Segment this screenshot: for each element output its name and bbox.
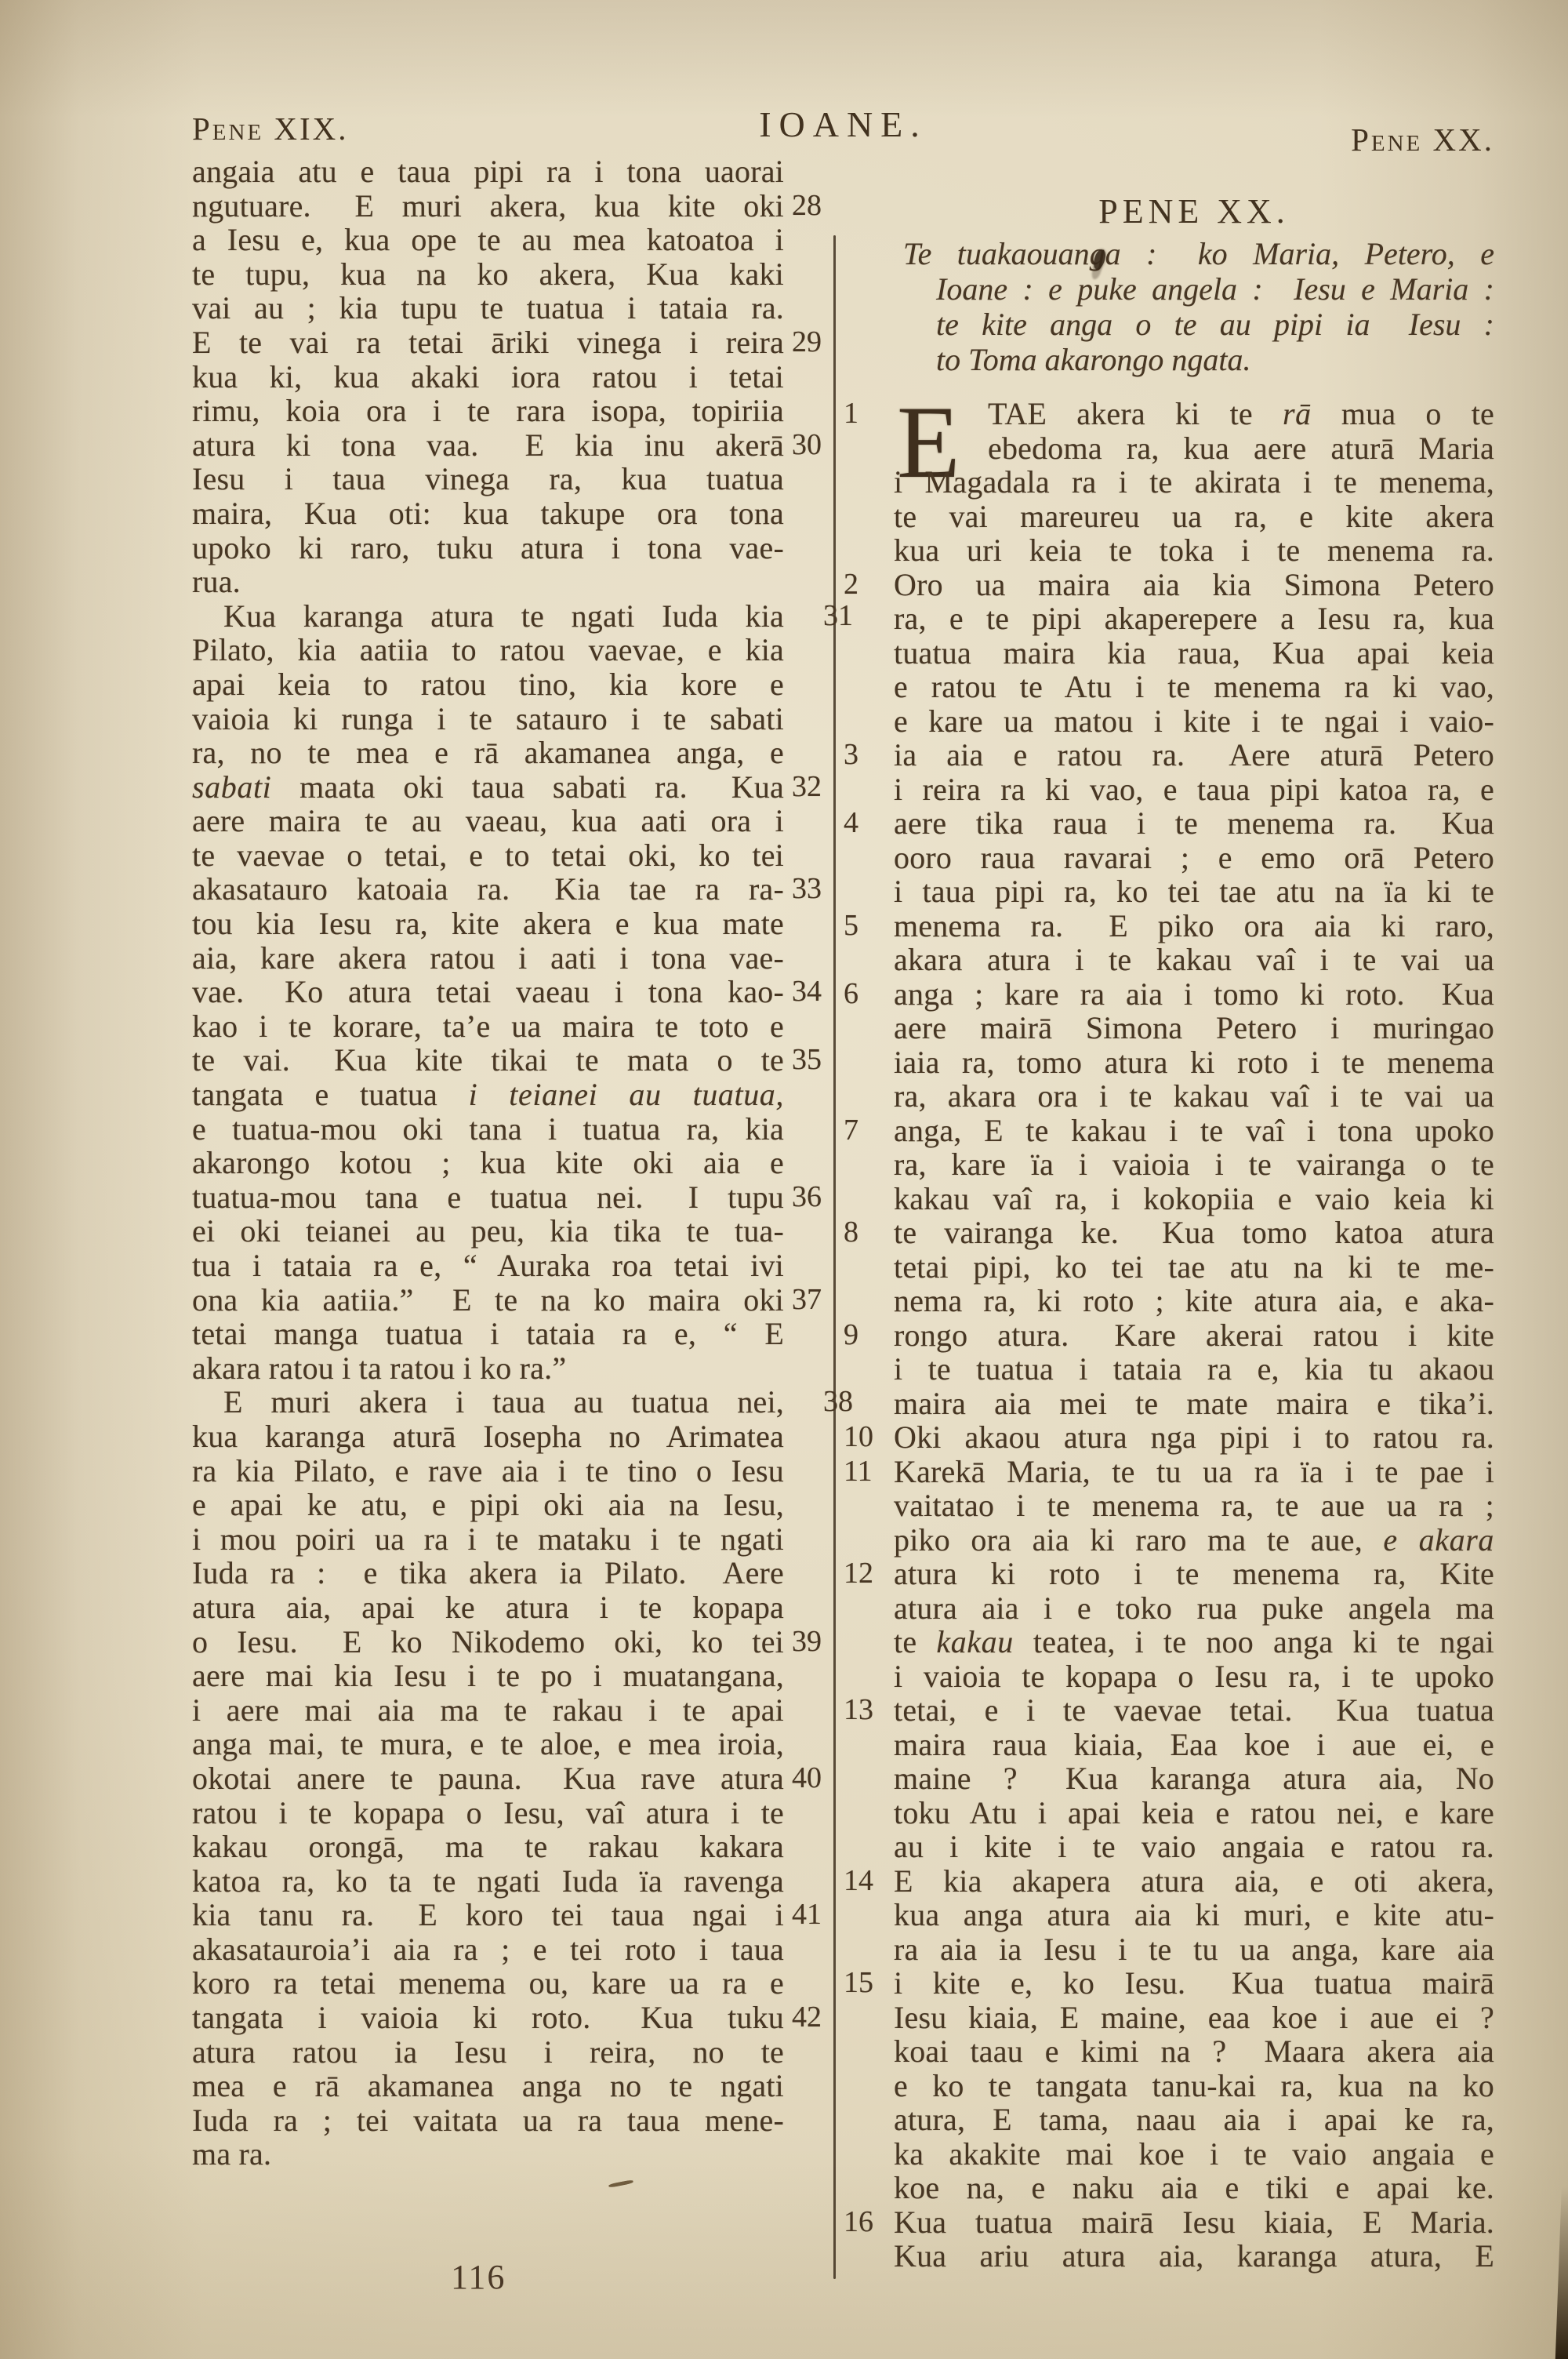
text-line: a Iesu e, kua ope te au mea katoatoa i	[192, 223, 784, 257]
text-line: okotai anere te pauna. Kua rave atura40	[192, 1761, 784, 1796]
text-line: maira raua kiaia, Eaa koe i aue ei, e	[894, 1728, 1494, 1762]
text-line: apai keia to ratou tino, kia kore e	[192, 667, 784, 702]
ink-mark	[608, 2179, 633, 2188]
text-line: E muri akera i taua au tuatua nei,38	[192, 1385, 784, 1419]
text-line: tuatua maira kia raua, Kua apai keia	[894, 636, 1494, 671]
text-line: koe na, e naku aia e tiki e apai ke.	[894, 2171, 1494, 2205]
text-line: au i kite i te vaio angaia e ratou ra.	[894, 1830, 1494, 1864]
text-line: i mou poiri ua ra i te mataku i te ngati	[192, 1522, 784, 1557]
text-line: rimu, koia ora i te rara isopa, topiriia	[192, 394, 784, 428]
text-line: ra, no te mea e rā akamanea anga, e	[192, 736, 784, 770]
verse-number: 30	[792, 428, 833, 463]
text-line: kua anga atura aia ki muri, e kite atu-	[894, 1898, 1494, 1932]
text-line: Oki akaou atura nga pipi i to ratou ra.1…	[894, 1420, 1494, 1455]
text-line: ra, kare ïa i vaioia i te vairanga o te	[894, 1147, 1494, 1182]
text-line: tetai pipi, ko tei tae atu na ki te me-	[894, 1250, 1494, 1285]
text-line: E kia akapera atura aia, e oti akera,14	[894, 1864, 1494, 1899]
page-number: 116	[451, 2257, 506, 2297]
text-line: Iesu i taua vinega ra, kua tuatua	[192, 462, 784, 496]
text-line: ra aia ia Iesu i te tu ua anga, kare aia	[894, 1932, 1494, 1967]
verse-number: 6	[844, 977, 884, 1012]
verse-number: 12	[844, 1557, 884, 1591]
text-line: aia, kare akera ratou i aati i tona vae-	[192, 941, 784, 976]
text-line: E te vai ra tetai āriki vinega i reira29	[192, 325, 784, 360]
text-line: aere tika raua i te menema ra. Kua4	[894, 806, 1494, 841]
text-line: kakau orongā, ma te rakau kakara	[192, 1830, 784, 1864]
text-line: e ratou te Atu i te menema ra ki vao,	[894, 670, 1494, 704]
text-line: maira, Kua oti: kua takupe ora tona	[192, 496, 784, 531]
text-line: i te tuatua i tataia ra e, kia tu akaou	[894, 1352, 1494, 1387]
summary-line: te kite anga o te au pipi ia Iesu :	[894, 307, 1494, 342]
text-line: ma ra.	[192, 2137, 784, 2172]
verse-number: 1	[844, 397, 884, 431]
text-line: vai au ; kia tupu te tuatua i tataia ra.	[192, 291, 784, 325]
text-line: tetai manga tuatua i tataia ra e, “ E	[192, 1317, 784, 1351]
summary-line: Ioane : e puke angela : Iesu e Maria :	[894, 271, 1494, 307]
verse-number: 13	[844, 1693, 884, 1728]
text-line: o Iesu. E ko Nikodemo oki, ko tei39	[192, 1625, 784, 1659]
text-line: atura ki roto i te menema ra, Kite12	[894, 1557, 1494, 1591]
text-line: Iesu kiaia, E maine, eaa koe i aue ei ?	[894, 2001, 1494, 2035]
text-line: atura aia, apai ke atura i te kopapa	[192, 1590, 784, 1625]
text-line: ebedoma ra, kua aere aturā Maria	[894, 431, 1494, 466]
verse-number: 5	[844, 909, 884, 943]
text-line: akara ratou i ta ratou i ko ra.”	[192, 1351, 784, 1386]
text-line: Iuda ra ; tei vaitata ua ra taua mene-	[192, 2103, 784, 2138]
verse-number: 8	[844, 1216, 884, 1250]
text-line: te vaevae o tetai, e to tetai oki, ko te…	[192, 838, 784, 873]
verse-number: 33	[792, 872, 833, 907]
verse-number: 3	[844, 738, 884, 772]
text-line: tangata i vaioia ki roto. Kua tuku42	[192, 2001, 784, 2035]
text-line: kua karanga aturā Iosepha no Arimatea	[192, 1419, 784, 1454]
verse-number: 38	[792, 1385, 833, 1419]
verse-number: 15	[844, 1966, 884, 2001]
text-line: tua i tataia ra e, “ Auraka roa tetai iv…	[192, 1249, 784, 1283]
text-line: koai taau e kimi na ? Maara akera aia	[894, 2034, 1494, 2069]
text-line: vae. Ko atura tetai vaeau i tona kao-34	[192, 975, 784, 1009]
verse-number: 9	[844, 1318, 884, 1353]
verse-number: 37	[792, 1283, 833, 1318]
text-line: upoko ki raro, tuku atura i tona vae-	[192, 531, 784, 565]
text-line: i taua pipi ra, ko tei tae atu na ïa ki …	[894, 874, 1494, 909]
verse-number: 10	[844, 1420, 884, 1455]
text-line: ra kia Pilato, e rave aia i te tino o Ie…	[192, 1454, 784, 1488]
text-line: atura ratou ia Iesu i reira, no te	[192, 2035, 784, 2070]
text-line: Kua karanga atura te ngati Iuda kia31	[192, 599, 784, 634]
text-line: atura ki tona vaa. E kia inu akerā30	[192, 428, 784, 463]
text-line: koro ra tetai menema ou, kare ua ra e	[192, 1966, 784, 2001]
text-line: maira aia mei te mate maira e tika’i.	[894, 1387, 1494, 1421]
text-line: anga mai, te mura, e te aloe, e mea iroi…	[192, 1727, 784, 1761]
text-line: sabati maata oki taua sabati ra. Kua32	[192, 770, 784, 805]
text-line: te vai mareureu ua ra, e kite akera	[894, 500, 1494, 534]
text-line: ia aia e ratou ra. Aere aturā Petero3	[894, 738, 1494, 772]
text-line: vaitatao i te menema ra, te aue ua ra ;	[894, 1488, 1494, 1523]
text-line: te tupu, kua na ko akera, Kua kaki	[192, 257, 784, 292]
chapter-heading: PENE XX.	[894, 191, 1494, 231]
text-line: tuatua-mou tana e tuatua nei. I tupu36	[192, 1180, 784, 1215]
right-text-column: E TAE akera ki te rā mua o te1ebedoma ra…	[894, 397, 1494, 2274]
text-line: aere maira te au vaeau, kua aati ora i	[192, 804, 784, 838]
text-line: tou kia Iesu ra, kite akera e kua mate	[192, 907, 784, 941]
text-line: ra, akara ora i te kakau vaî i te vai ua	[894, 1079, 1494, 1114]
text-line: Kua ariu atura aia, karanga atura, E	[894, 2239, 1494, 2274]
text-line: nema ra, ki roto ; kite atura aia, e aka…	[894, 1284, 1494, 1318]
text-line: te vairanga ke. Kua tomo katoa atura8	[894, 1216, 1494, 1250]
text-line: i vaioia te kopapa o Iesu ra, i te upoko	[894, 1659, 1494, 1694]
summary-line: to Toma akarongo ngata.	[894, 342, 1494, 377]
text-line: iaia ra, tomo atura ki roto i te menema	[894, 1045, 1494, 1080]
text-line: ngutuare. E muri akera, kua kite oki28	[192, 189, 784, 224]
text-line: ooro raua ravarai ; e emo orā Petero	[894, 841, 1494, 875]
text-line: e apai ke atu, e pipi oki aia na Iesu,	[192, 1488, 784, 1522]
left-text-column: angaia atu e taua pipi ra i tona uaorain…	[192, 154, 784, 2172]
text-line: maine ? Kua karanga atura aia, No	[894, 1761, 1494, 1796]
text-line: kia tanu ra. E koro tei taua ngai i41	[192, 1898, 784, 1932]
text-line: mea e rā akamanea anga no te ngati	[192, 2069, 784, 2103]
verse-number: 36	[792, 1180, 833, 1215]
text-line: anga, E te kakau i te vaî i tona upoko7	[894, 1114, 1494, 1148]
text-line: katoa ra, ko ta te ngati Iuda ïa ravenga	[192, 1864, 784, 1899]
text-line: anga ; kare ra aia i tomo ki roto. Kua6	[894, 977, 1494, 1012]
verse-number: 41	[792, 1898, 833, 1932]
text-line: vaioia ki runga i te satauro i te sabati	[192, 702, 784, 736]
verse-number: 16	[844, 2205, 884, 2240]
verse-number: 40	[792, 1761, 833, 1796]
text-line: kao i te korare, ta’e ua maira te toto e	[192, 1009, 784, 1044]
text-line: atura, E tama, naau aia i apai ke ra,	[894, 2103, 1494, 2137]
text-line: tangata e tuatua i teianei au tuatua,	[192, 1078, 784, 1112]
text-line: kakau vaî ra, i kokopiia e vaio keia ki	[894, 1182, 1494, 1216]
text-line: ratou i te kopapa o Iesu, vaî atura i te	[192, 1796, 784, 1830]
text-line: kua uri keia te toka i te menema ra.	[894, 533, 1494, 568]
verse-number: 34	[792, 975, 833, 1009]
text-line: ra, e te pipi akaperepere a Iesu ra, kua	[894, 602, 1494, 636]
column-divider-rule	[833, 235, 836, 2279]
verse-number: 2	[844, 568, 884, 602]
text-line: akasatauro katoaia ra. Kia tae ra ra-33	[192, 872, 784, 907]
text-line: rua.	[192, 565, 784, 599]
text-line: i reira ra ki vao, e taua pipi katoa ra,…	[894, 772, 1494, 807]
verse-number: 39	[792, 1625, 833, 1659]
verse-number: 11	[844, 1455, 884, 1489]
text-line: akasatauroia’i aia ra ; e tei roto i tau…	[192, 1932, 784, 1967]
text-line: tetai, e i te vaevae tetai. Kua tuatua13	[894, 1693, 1494, 1728]
text-line: rongo atura. Kare akerai ratou i kite9	[894, 1318, 1494, 1353]
text-line: ei oki teianei au peu, kia tika te tua-	[192, 1214, 784, 1249]
text-line: piko ora aia ki raro ma te aue, e akara	[894, 1523, 1494, 1558]
verse-number: 32	[792, 770, 833, 805]
text-line: i Magadala ra i te akirata i te menema,	[894, 465, 1494, 500]
text-line: akarongo kotou ; kua kite oki aia e	[192, 1146, 784, 1180]
text-line: angaia atu e taua pipi ra i tona uaorai	[192, 154, 784, 189]
verse-number: 42	[792, 2001, 833, 2035]
text-line: aere mairā Simona Petero i muringao	[894, 1011, 1494, 1045]
chapter-summary: Te tuakaouanga : ko Maria, Petero, eIoan…	[894, 236, 1494, 377]
text-line: Iuda ra : e tika akera ia Pilato. Aere	[192, 1556, 784, 1590]
text-line: e ko te tangata tanu-kai ra, kua na ko	[894, 2069, 1494, 2103]
text-line: i aere mai aia ma te rakau i te apai	[192, 1693, 784, 1728]
text-line: TAE akera ki te rā mua o te1	[894, 397, 1494, 431]
text-line: e kare ua matou i kite i te ngai i vaio-	[894, 704, 1494, 739]
summary-line: Te tuakaouanga : ko Maria, Petero, e	[894, 236, 1494, 271]
text-line: kua ki, kua akaki iora ratou i tetai	[192, 360, 784, 394]
page-edge-shadow	[1554, 2186, 1568, 2359]
text-line: Oro ua maira aia kia Simona Petero2	[894, 568, 1494, 602]
verse-number: 14	[844, 1864, 884, 1899]
scanned-book-page: Pene XIX. IOANE. Pene XX. angaia atu e t…	[0, 0, 1568, 2359]
text-line: atura aia i e toko rua puke angela ma	[894, 1591, 1494, 1626]
verse-number: 7	[844, 1114, 884, 1148]
text-line: Kua tuatua mairā Iesu kiaia, E Maria.16	[894, 2205, 1494, 2240]
verse-number: 28	[792, 189, 833, 224]
text-line: menema ra. E piko ora aia ki raro,5	[894, 909, 1494, 943]
text-line: Pilato, kia aatiia to ratou vaevae, e ki…	[192, 633, 784, 667]
verse-number: 35	[792, 1043, 833, 1078]
text-line: i kite e, ko Iesu. Kua tuatua mairā15	[894, 1966, 1494, 2001]
verse-number: 29	[792, 325, 833, 360]
text-line: ona kia aatiia.” E te na ko maira oki37	[192, 1283, 784, 1318]
text-line: ka akakite mai koe i te vaio angaia e	[894, 2137, 1494, 2172]
text-line: te vai. Kua kite tikai te mata o te35	[192, 1043, 784, 1078]
text-line: te kakau teatea, i te noo anga ki te nga…	[894, 1625, 1494, 1659]
text-line: akara atura i te kakau vaî i te vai ua	[894, 943, 1494, 977]
verse-number: 4	[844, 806, 884, 841]
text-line: Karekā Maria, te tu ua ra ïa i te pae i1…	[894, 1455, 1494, 1489]
text-line: toku Atu i apai keia e ratou nei, e kare	[894, 1796, 1494, 1830]
running-header-right: Pene XX.	[192, 121, 1494, 158]
text-line: e tuatua-mou oki tana i tuatua ra, kia	[192, 1112, 784, 1147]
verse-number: 31	[792, 599, 833, 634]
text-line: aere mai kia Iesu i te po i muatangana,	[192, 1659, 784, 1693]
